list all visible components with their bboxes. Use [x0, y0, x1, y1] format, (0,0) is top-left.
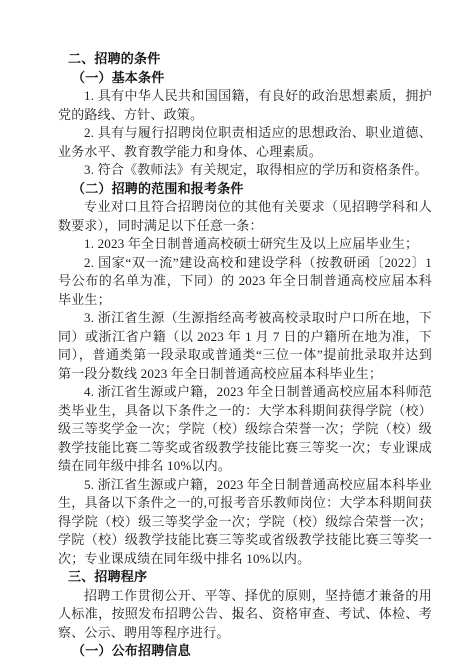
- paragraph-basic-condition-3: 3. 符合《教师法》有关规定，取得相应的学历和资格条件。: [58, 161, 432, 180]
- document-body: 二、招聘的条件 （一）基本条件 1. 具有中华人民共和国国籍，有良好的政治思想素…: [58, 50, 432, 661]
- subheading-publish-recruitment-info: （一）公布招聘信息: [58, 642, 432, 661]
- paragraph-eligibility-4: 4. 浙江省生源或户籍，2023 年全日制普通高校应届本科师范类毕业生，具备以下…: [58, 383, 432, 476]
- paragraph-eligibility-3: 3. 浙江省生源（生源指经高考被高校录取时户口所在地，下同）或浙江省户籍（以 2…: [58, 309, 432, 383]
- paragraph-eligibility-2: 2. 国家“双一流”建设高校和建设学科（按教研函〔2022〕1 号公布的名单为准…: [58, 254, 432, 310]
- subheading-scope-and-application-conditions: （二）招聘的范围和报考条件: [58, 180, 432, 199]
- heading-recruitment-conditions: 二、招聘的条件: [58, 50, 432, 69]
- document-page: 二、招聘的条件 （一）基本条件 1. 具有中华人民共和国国籍，有良好的政治思想素…: [0, 0, 475, 672]
- paragraph-eligibility-1: 1. 2023 年全日制普通高校硕士研究生及以上应届毕业生；: [58, 235, 432, 254]
- subheading-basic-conditions: （一）基本条件: [58, 69, 432, 88]
- paragraph-basic-condition-2: 2. 具有与履行招聘岗位职责相适应的思想政治、职业道德、业务水平、教育教学能力和…: [58, 124, 432, 161]
- page-number: 2: [0, 608, 475, 620]
- paragraph-basic-condition-1: 1. 具有中华人民共和国国籍，有良好的政治思想素质，拥护党的路线、方针、政策。: [58, 87, 432, 124]
- paragraph-scope-intro: 专业对口且符合招聘岗位的其他有关要求（见招聘学科和人数要求），同时满足以下任意一…: [58, 198, 432, 235]
- paragraph-eligibility-5: 5. 浙江省生源或户籍，2023 年全日制普通高校应届本科毕业生，具备以下条件之…: [58, 476, 432, 569]
- heading-recruitment-procedure: 三、招聘程序: [58, 568, 432, 587]
